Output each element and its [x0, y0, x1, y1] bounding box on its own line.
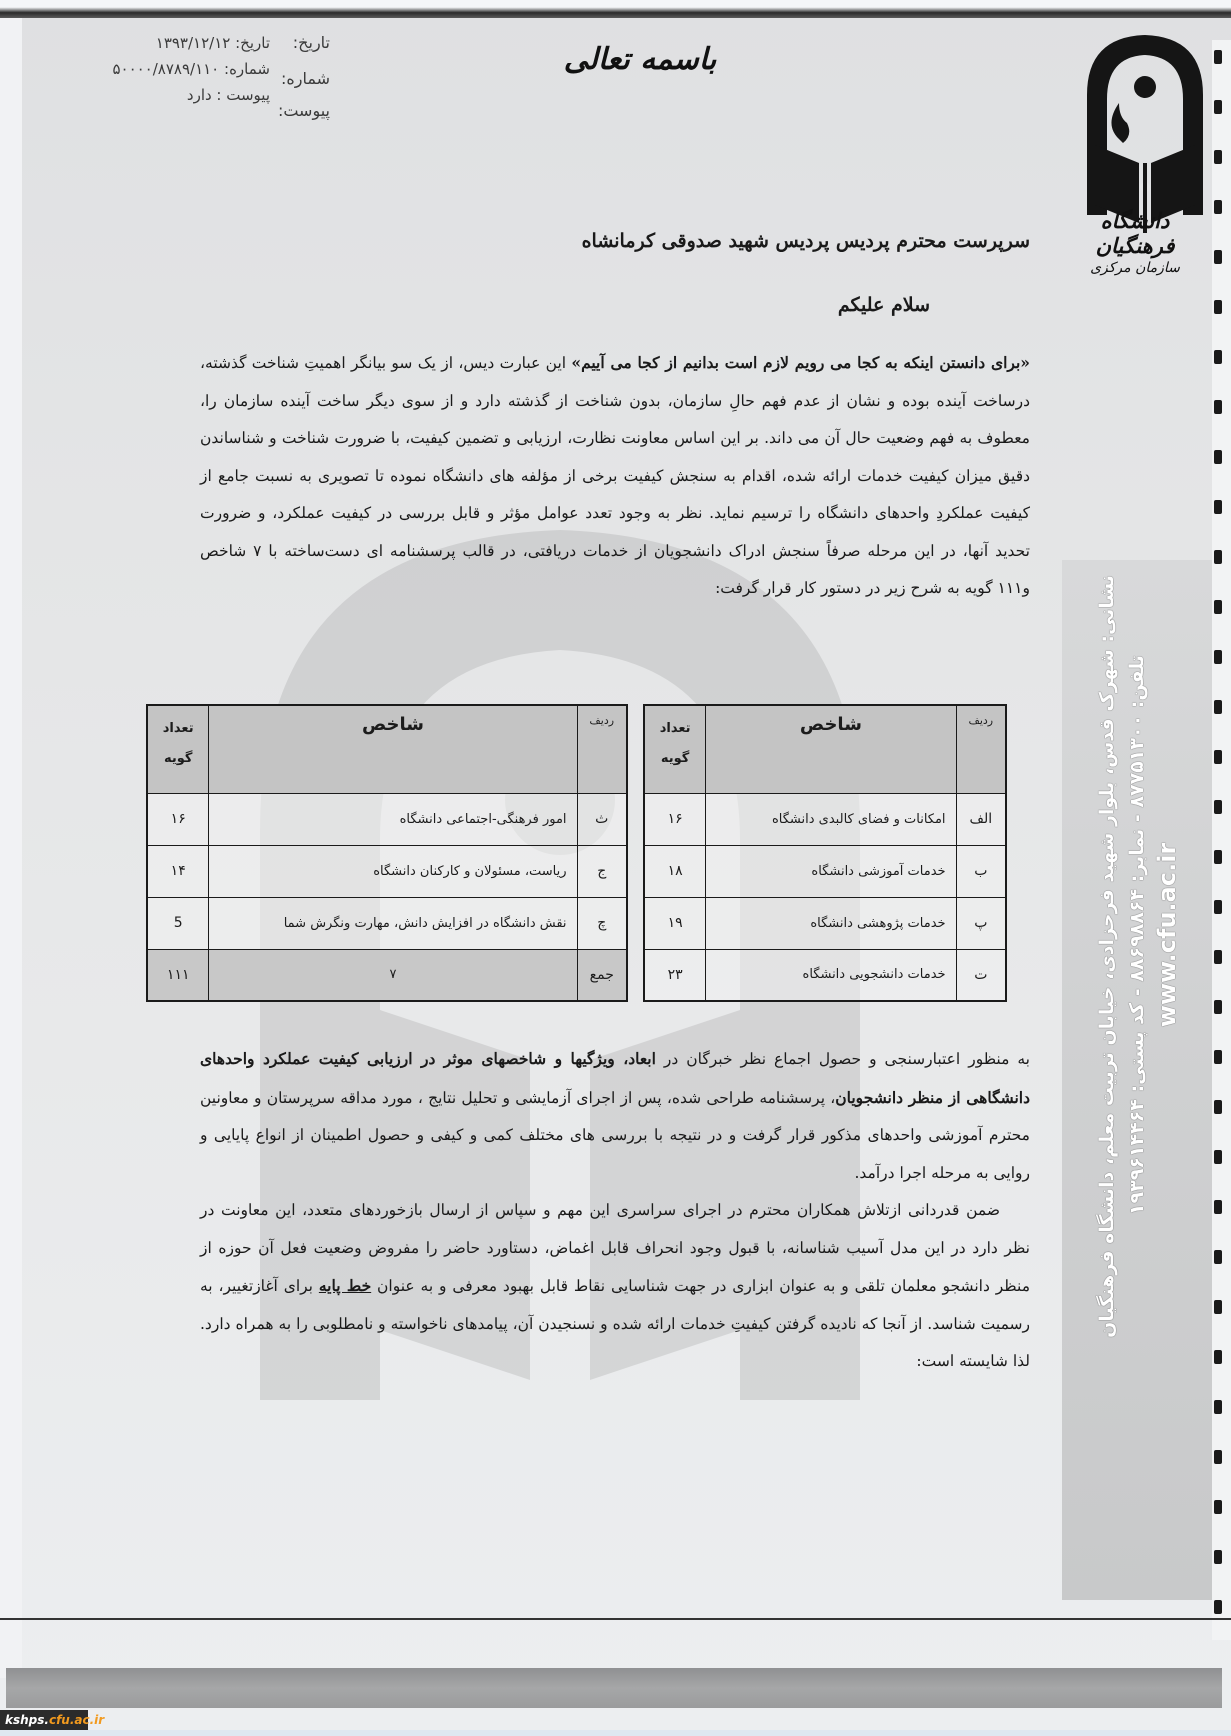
table-row: الف امکانات و فضای کالبدی دانشگاه ۱۶ [644, 793, 1006, 845]
letter-body: سرپرست محترم پردیس پردیس شهید صدوقی کرما… [200, 230, 1030, 608]
date-value: تاریخ: ۱۳۹۳/۱۲/۱۲ [156, 30, 270, 56]
number-value: شماره: ۵۰۰۰۰/۸۷۸۹/۱۱۰ [112, 56, 270, 82]
footer-divider [0, 1618, 1231, 1620]
header-row-number: ردیف [956, 705, 1006, 793]
table-row: ج ریاست، مسئولان و کارکنان دانشگاه ۱۴ [147, 845, 627, 897]
letter-page: تاریخ: تاریخ: ۱۳۹۳/۱۲/۱۲ شماره: شماره: ۵… [0, 0, 1231, 1736]
header-row-number: ردیف [577, 705, 627, 793]
attachment-value: پیوست : دارد [187, 82, 270, 108]
paragraph-appreciation: ضمن قدردانی ازتلاش همکاران محترم در اجرا… [200, 1192, 1030, 1381]
table-row: چ نقش دانشگاه در افزایش دانش، مهارت ونگر… [147, 897, 627, 949]
date-label: تاریخ: [293, 30, 330, 56]
scan-top-edge [0, 0, 1231, 18]
header-indicator: شاخص [706, 705, 956, 793]
footer-bottom-edge [0, 1730, 1231, 1736]
address-line: نشانی: شهرک قدس، بلوار شهید فرحزادی، خیا… [1092, 575, 1122, 1295]
recipient-line: سرپرست محترم پردیس پردیس شهید صدوقی کرما… [200, 230, 1030, 270]
header-indicator: شاخص [209, 705, 577, 793]
paragraph-validation: به منظور اعتبارسنجی و حصول اجماع نظر خبر… [200, 1040, 1030, 1192]
table-row: پ خدمات پژوهشی دانشگاه ۱۹ [644, 897, 1006, 949]
table-row: ث امور فرهنگی-اجتماعی دانشگاه ۱۶ [147, 793, 627, 845]
intro-text: این عبارت دیس، از یک سو بیانگر اهمیتِ شن… [200, 354, 1030, 597]
header-item-count: تعدادگویه [147, 705, 209, 793]
letter-body-lower: به منظور اعتبارسنجی و حصول اجماع نظر خبر… [200, 1040, 1030, 1381]
binder-marks [1212, 40, 1231, 1640]
header-item-count: تعدادگویه [644, 705, 706, 793]
contact-line: تلفن: ۸۷۷۵۱۳۰۰ - نمابر: ۸۸۶۹۸۸۶۴ - کد پس… [1122, 575, 1152, 1295]
footer-band [6, 1668, 1222, 1708]
greeting-line: سلام علیکم [200, 294, 930, 334]
organization-subtitle: سازمان مرکزی [1060, 260, 1210, 276]
attachment-label: پیوست: [278, 98, 330, 124]
website-link[interactable]: www.cfu.ac.ir [1152, 575, 1182, 1295]
organization-name: دانشگاه فرهنگیان [1060, 208, 1210, 258]
side-address: نشانی: شهرک قدس، بلوار شهید فرحزادی، خیا… [1072, 575, 1202, 1295]
attachment-row: پیوست: پیوست : دارد [70, 82, 330, 108]
number-row: شماره: شماره: ۵۰۰۰۰/۸۷۸۹/۱۱۰ [70, 56, 330, 82]
invocation-heading: باسمه تعالی [560, 42, 720, 77]
quote-bold: «برای دانستن اینکه به کجا می رویم لازم ا… [571, 353, 1030, 372]
scan-left-margin [0, 18, 22, 1678]
logo-caption: دانشگاه فرهنگیان سازمان مرکزی [1060, 208, 1210, 276]
indicator-table-right: ردیف شاخص تعدادگویه الف امکانات و فضای ک… [643, 704, 1007, 1002]
table-total-row: جمع ۷ ۱۱۱ [147, 949, 627, 1001]
baseline-underlined: خط پایه [319, 1276, 371, 1295]
date-row: تاریخ: تاریخ: ۱۳۹۳/۱۲/۱۲ [70, 30, 330, 56]
table-row: ب خدمات آموزشی دانشگاه ۱۸ [644, 845, 1006, 897]
letter-meta: تاریخ: تاریخ: ۱۳۹۳/۱۲/۱۲ شماره: شماره: ۵… [70, 30, 330, 108]
table-row: ت خدمات دانشجویی دانشگاه ۲۳ [644, 949, 1006, 1001]
source-badge[interactable]: kshps.cfu.ac.ir [0, 1710, 88, 1730]
paragraph-intro: «برای دانستن اینکه به کجا می رویم لازم ا… [200, 344, 1030, 608]
indicator-table-left: ردیف شاخص تعدادگویه ث امور فرهنگی-اجتماع… [146, 704, 628, 1002]
